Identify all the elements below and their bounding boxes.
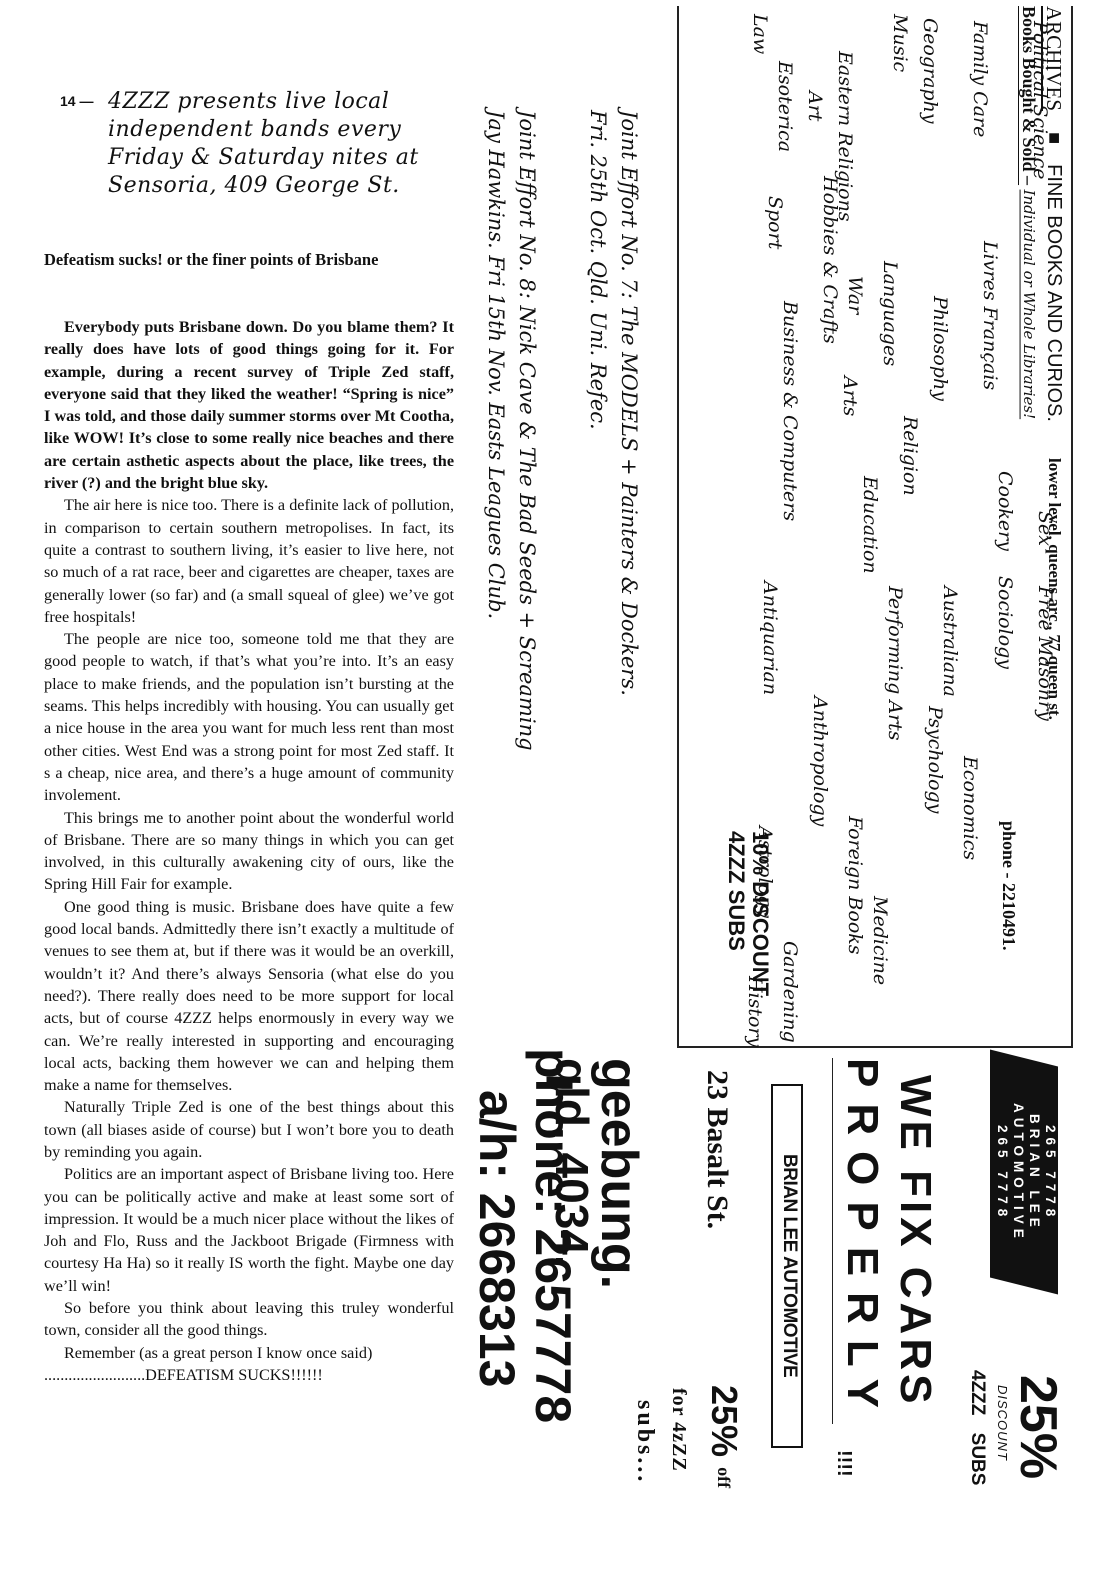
subject-item: Arts xyxy=(839,376,861,416)
subject-item: Languages xyxy=(879,261,901,366)
badge-line: BRIAN LEE xyxy=(1027,1114,1042,1232)
business-name-box: BRIAN LEE AUTOMOTIVE xyxy=(771,1084,803,1448)
archives-ad: ARCHIVES ■ FINE BOOKS AND CURIOS. lower … xyxy=(677,6,1073,1048)
discount-line: 10% DISCOUNT xyxy=(748,831,773,996)
subject-item: Political Science xyxy=(1029,21,1051,180)
handwritten-gig-note: 4ZZZ presents live local independent ban… xyxy=(108,88,468,200)
street-address: 23 Basalt St. xyxy=(700,1070,734,1229)
subject-item: Antiquarian xyxy=(759,581,781,695)
offer-percent-value: 25% xyxy=(704,1385,745,1457)
offer-off-label: off xyxy=(714,1467,734,1488)
badge-line: 265 7778 xyxy=(995,1125,1010,1221)
subject-item: War xyxy=(844,276,866,314)
offer-percent: 25% off xyxy=(705,1385,743,1488)
gig-listing: Joint Effort No. 7: The MODELS + Painter… xyxy=(582,110,644,990)
article-paragraph: Politics are an important aspect of Bris… xyxy=(44,1163,454,1297)
subject-item: Sociology xyxy=(994,576,1016,669)
gig-line: Fri. 25th Oct. Qld. Uni. Refec. xyxy=(586,110,610,430)
badge-line: 265 7778 xyxy=(1043,1125,1058,1221)
subject-item: Foreign Books xyxy=(844,816,866,955)
page-number: 14 — xyxy=(60,93,93,109)
subject-item: Art xyxy=(804,91,826,121)
discount-label: DISCOUNT xyxy=(995,1385,1010,1461)
badge-line: AUTOMOTIVE xyxy=(1011,1103,1026,1243)
subject-item: Family Care xyxy=(969,21,991,137)
article-body: Everybody puts Brisbane down. Do you bla… xyxy=(44,316,454,1386)
gig-listing: Joint Effort No. 8: Nick Cave & The Bad … xyxy=(480,110,542,990)
subject-item: Medicine xyxy=(869,896,891,985)
subject-item: Religion xyxy=(899,416,921,496)
subject-item: Business & Computers xyxy=(779,301,801,521)
subject-item: Music xyxy=(889,14,911,72)
gig-line: Jay Hawkins. Fri 15th Nov. Easts Leagues… xyxy=(484,110,508,619)
subject-item: Australiana xyxy=(939,586,961,697)
brian-lee-badge-text: 265 7778 BRIAN LEE AUTOMOTIVE 265 7778 xyxy=(994,1068,1058,1278)
archives-discount: 10% DISCOUNT 4ZZZ SUBS xyxy=(724,831,772,996)
article-paragraph: The air here is nice too. There is a def… xyxy=(44,494,454,628)
gig-line: Joint Effort No. 7: The MODELS + Painter… xyxy=(617,110,641,696)
subject-item: Psychology xyxy=(924,706,946,814)
article-paragraph: This brings me to another point about th… xyxy=(44,807,454,896)
subject-item: Performing Arts xyxy=(884,586,906,741)
subject-item: Livres Français xyxy=(979,241,1001,390)
subject-item: Esoterica xyxy=(774,61,796,152)
ad-headline-we-fix-cars: WE FIX CARS xyxy=(890,1075,940,1407)
article-paragraph: So before you think about leaving this t… xyxy=(44,1297,454,1342)
subject-item: Sex xyxy=(1034,511,1056,546)
discount-percent: 25% xyxy=(1010,1375,1066,1479)
article-headline: Defeatism sucks! or the finer points of … xyxy=(44,250,378,270)
gig-line: Joint Effort No. 8: Nick Cave & The Bad … xyxy=(515,110,539,751)
discount-subs: 4ZZZ SUBS xyxy=(966,1370,988,1485)
offer-for: for 4zZZ xyxy=(668,1388,690,1472)
subject-item: Anthropology xyxy=(809,696,831,826)
article-paragraph: Remember (as a great person I know once … xyxy=(44,1342,454,1364)
suburb: geebung. xyxy=(593,1058,645,1289)
after-hours-phone: a/h: 2668313 xyxy=(472,1090,522,1387)
ad-headline-exclamations: !!!! xyxy=(832,1450,855,1477)
subject-item: Sport xyxy=(764,196,786,249)
article-paragraph: Naturally Triple Zed is one of the best … xyxy=(44,1096,454,1163)
subject-item: Geography xyxy=(919,18,941,124)
subject-item: Economics xyxy=(959,756,981,860)
discount-line: 4ZZZ SUBS xyxy=(724,831,749,951)
phone-number: phone: 2657778 xyxy=(528,1048,578,1423)
subject-item: Education xyxy=(859,476,881,574)
offer-subs: subs... xyxy=(632,1400,658,1484)
subject-item: Free Masonry xyxy=(1034,586,1056,721)
article-paragraph: Everybody puts Brisbane down. Do you bla… xyxy=(44,316,454,494)
subject-item: Philosophy xyxy=(929,296,951,401)
article-closing: .........................DEFEATISM SUCKS… xyxy=(44,1364,454,1386)
subject-item: Hobbies & Crafts xyxy=(819,176,841,344)
gig-listings: Joint Effort No. 7: The MODELS + Painter… xyxy=(480,110,644,990)
subject-item: Cookery xyxy=(994,471,1016,551)
ad-headline-properly: PROPERLY xyxy=(832,1058,887,1424)
subject-item: Gardening xyxy=(779,941,801,1043)
article-paragraph: The people are nice too, someone told me… xyxy=(44,628,454,806)
article-paragraph: One good thing is music. Brisbane does h… xyxy=(44,896,454,1097)
subject-item: Law xyxy=(749,14,771,54)
